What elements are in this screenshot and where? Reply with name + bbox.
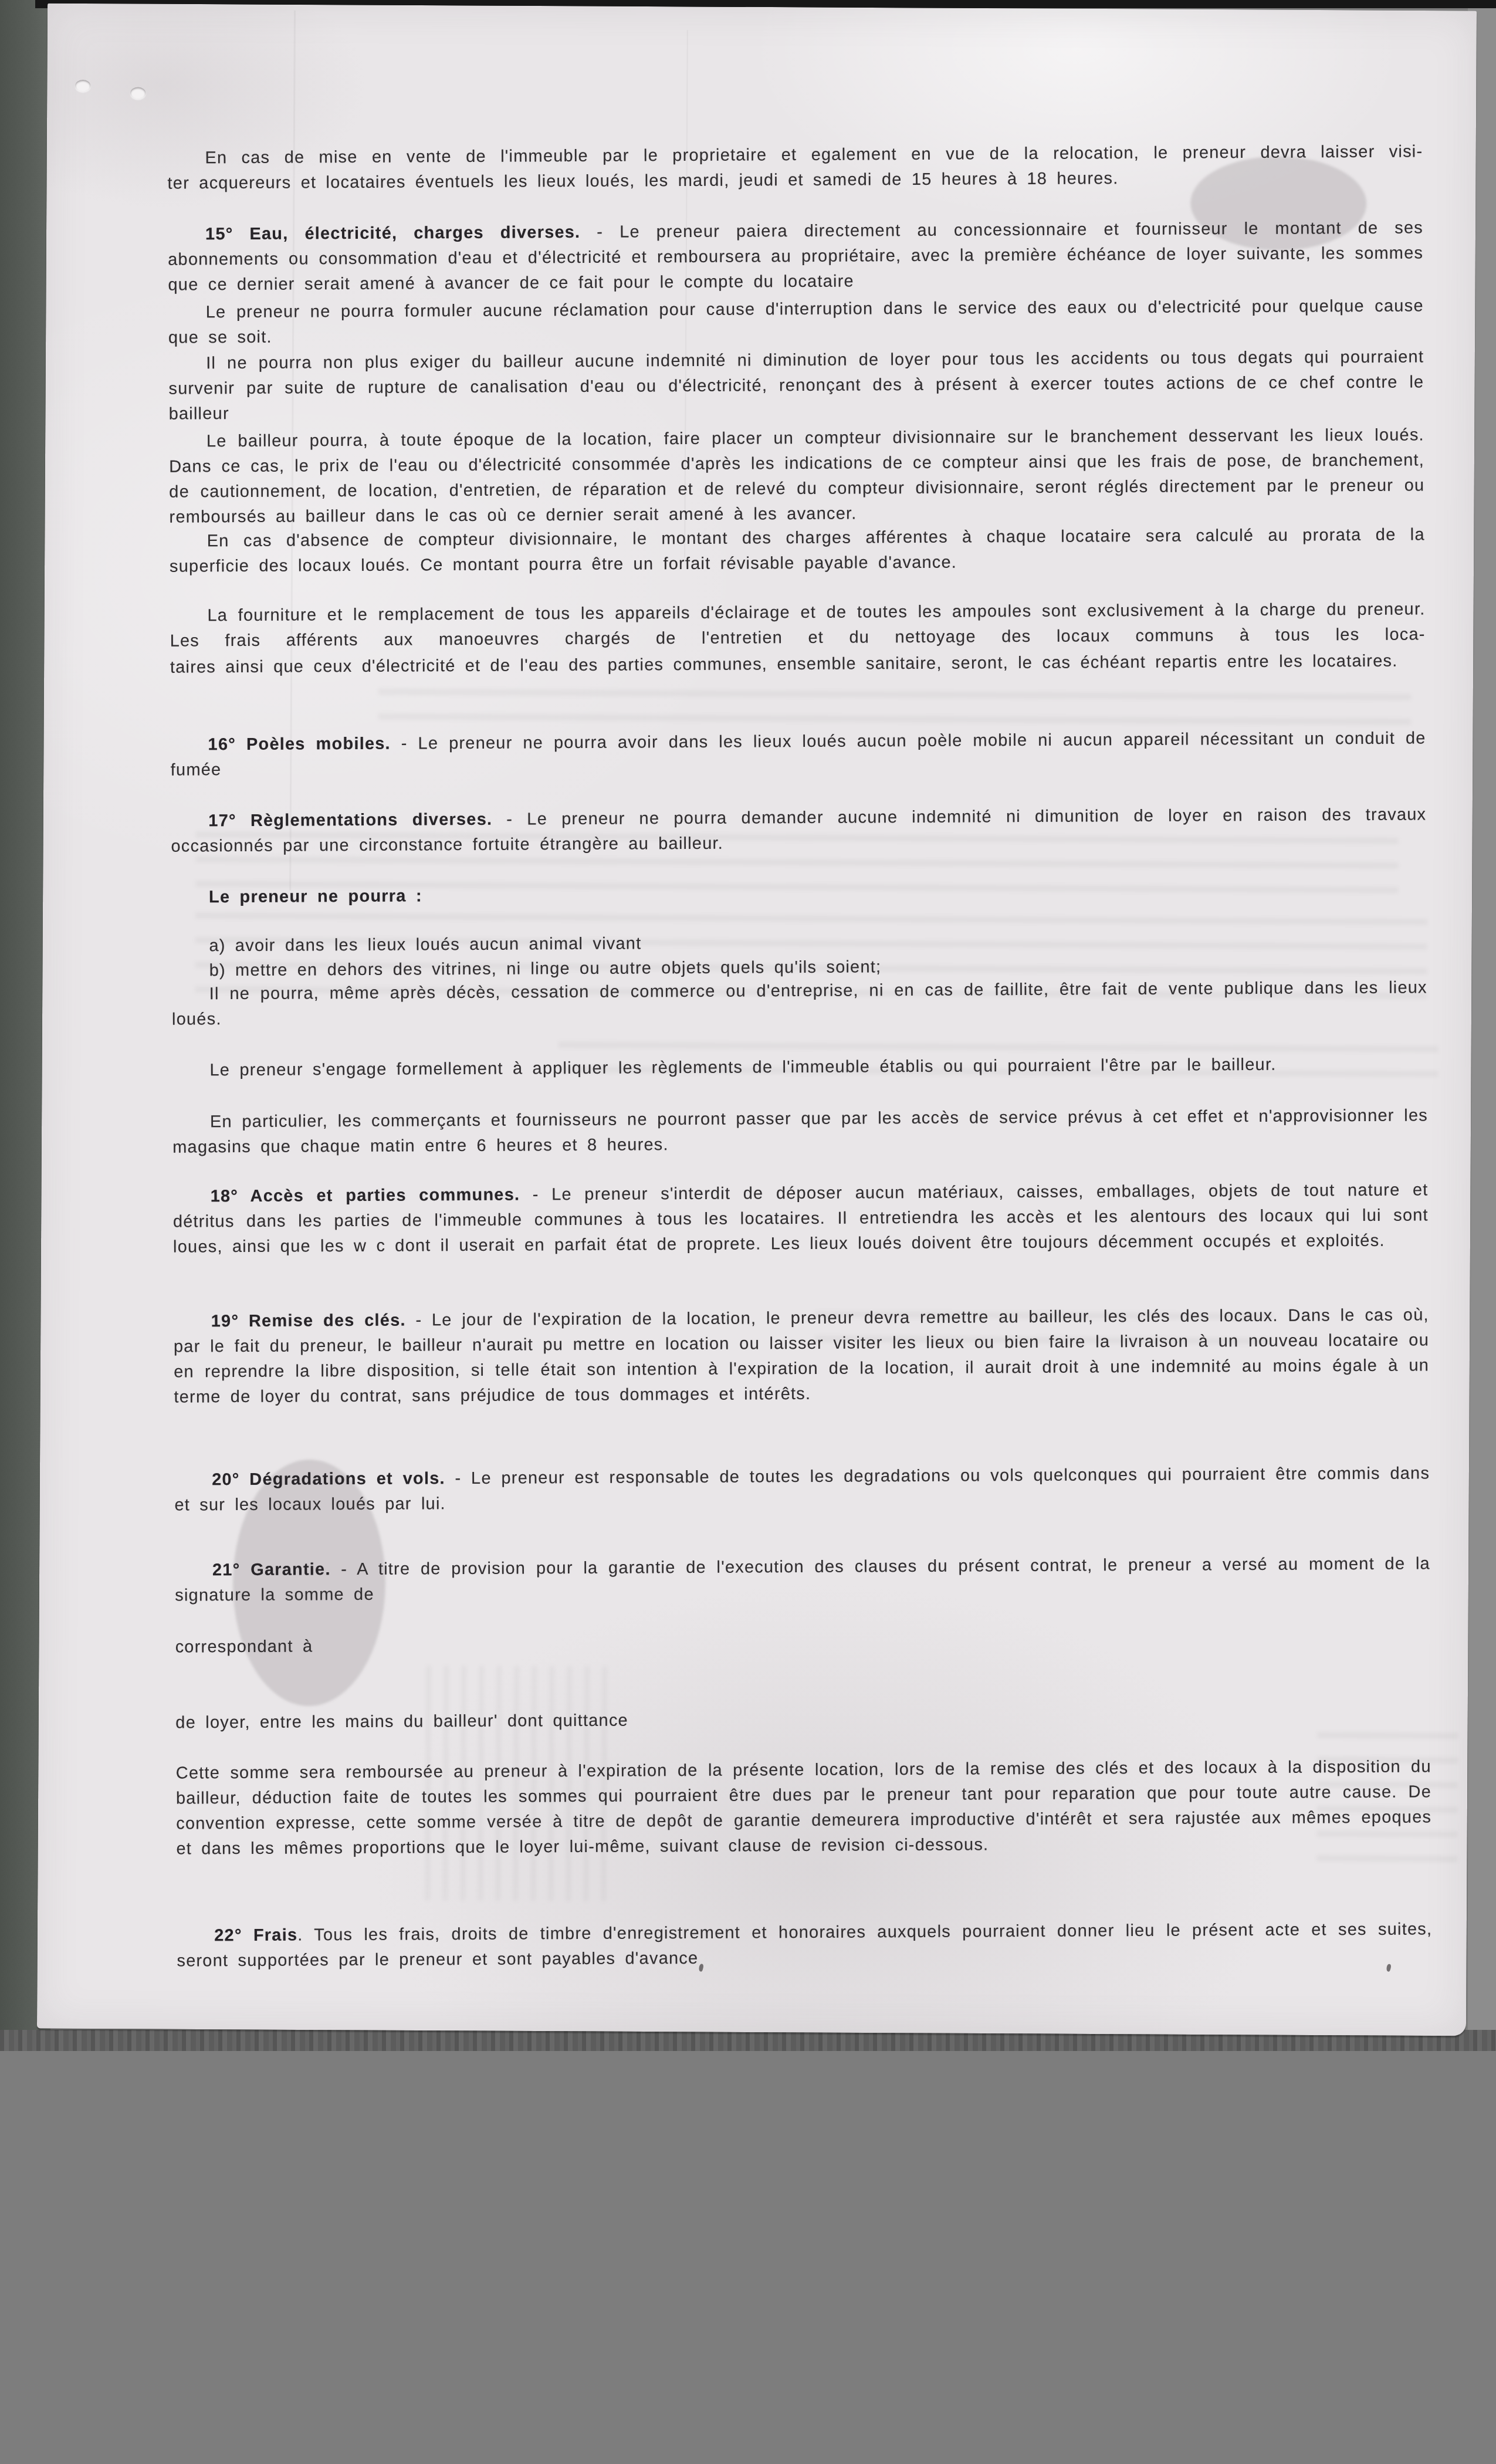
clause-17-reglementations: 17° Règlementations diverses. - Le prene… <box>171 802 1426 859</box>
clause-text: taires ainsi que ceux d'électricité et d… <box>170 652 1398 677</box>
punch-hole <box>130 87 145 99</box>
clause-15-fourniture-part-2: taires ainsi que ceux d'électricité et d… <box>170 648 1426 680</box>
scanned-document-screen: En cas de mise en vente de l'immeuble pa… <box>0 0 1496 2464</box>
clause-text: de loyer, entre les mains du bailleur' d… <box>175 1711 628 1732</box>
clause-16-poeles-mobiles: 16° Poèles mobiles. - Le preneur ne pour… <box>170 726 1426 783</box>
clause-22-frais: 22° Frais. Tous les frais, droits de tim… <box>177 1917 1432 1974</box>
clause-15-fourniture-part-1: La fourniture et le remplacement de tous… <box>170 597 1425 654</box>
clause-15-absence-compteur: En cas d'absence de compteur divisionnai… <box>170 522 1425 579</box>
clause-heading: Le preneur ne pourra : <box>209 886 422 906</box>
clause-15-compteur: Le bailleur pourra, à toute époque de la… <box>169 422 1425 530</box>
clause-heading: 21° Garantie. <box>212 1560 331 1579</box>
clause-18-acces-parties-communes: 18° Accès et parties communes. - Le pren… <box>172 1177 1429 1260</box>
clause-text: Le bailleur pourra, à toute époque de la… <box>169 425 1424 526</box>
clause-heading: 20° Dégradations et vols. <box>212 1469 445 1489</box>
clause-text: Cette somme sera remboursée au preneur à… <box>176 1757 1432 1858</box>
clause-21-remboursement: Cette somme sera remboursée au preneur à… <box>176 1754 1432 1861</box>
clause-17-reglements-immeuble: Le preneur s'engage formellement à appli… <box>172 1051 1427 1083</box>
clause-text: b) mettre en dehors des vitrines, ni lin… <box>209 957 882 980</box>
clause-21-garantie: 21° Garantie. - A titre de provision pou… <box>175 1551 1430 1608</box>
clause-text: En particulier, les commerçants et fourn… <box>172 1106 1428 1156</box>
clause-text: En cas d'absence de compteur divisionnai… <box>170 525 1425 576</box>
clause-text: a) avoir dans les lieux loués aucun anim… <box>209 934 641 955</box>
clause-text: correspondant à <box>175 1637 313 1656</box>
clause-text: ter acquereurs et locataires éventuels l… <box>167 169 1118 192</box>
clause-text: Il ne pourra, même après décès, cessatio… <box>172 978 1427 1028</box>
clause-19-remise-des-cles: 19° Remise des clés. - Le jour de l'expi… <box>174 1302 1430 1410</box>
clause-text: - A titre de provision pour la garantie … <box>175 1554 1430 1605</box>
clause-text: En cas de mise en vente de l'immeuble pa… <box>205 142 1423 167</box>
scan-bottom-gray-area <box>0 2051 1496 2464</box>
clause-heading: 15° Eau, électricité, charges diverses. <box>205 223 580 243</box>
clause-20-degradations-vols: 20° Dégradations et vols. - Le preneur e… <box>174 1461 1430 1518</box>
clause-17-acces-service: En particulier, les commerçants et fourn… <box>172 1103 1428 1160</box>
clause-heading: 22° Frais <box>214 1926 297 1945</box>
clause-text: La fourniture et le remplacement de tous… <box>170 600 1426 650</box>
clause-heading: 17° Règlementations diverses. <box>208 810 492 831</box>
clause-21-quittance: de loyer, entre les mains du bailleur' d… <box>175 1704 1431 1735</box>
clause-15-eau-electricite: 15° Eau, électricité, charges diverses. … <box>168 215 1424 297</box>
clause-text: Le preneur s'engage formellement à appli… <box>209 1055 1276 1080</box>
punch-hole <box>75 80 90 92</box>
clause-text: Il ne pourra non plus exiger du bailleur… <box>168 347 1424 423</box>
clause-15-reclamation: Le preneur ne pourra formuler aucune réc… <box>168 293 1424 350</box>
clause-17-vente-publique: Il ne pourra, même après décès, cessatio… <box>172 975 1427 1032</box>
clause-text: Le preneur ne pourra formuler aucune réc… <box>168 296 1424 347</box>
text-layer: En cas de mise en vente de l'immeuble pa… <box>167 2 1439 2027</box>
clause-heading: 19° Remise des clés. <box>211 1311 406 1331</box>
clause-17-lead: Le preneur ne pourra : <box>171 878 1427 910</box>
clause-15-indemnite: Il ne pourra non plus exiger du bailleur… <box>168 344 1424 427</box>
clause-heading: 18° Accès et parties communes. <box>211 1186 520 1206</box>
clause-text: . Tous les frais, droits de timbre d'enr… <box>177 1920 1432 1970</box>
clause-21-correspondant: correspondant à <box>175 1628 1431 1660</box>
clause-heading: 16° Poèles mobiles. <box>208 735 390 754</box>
